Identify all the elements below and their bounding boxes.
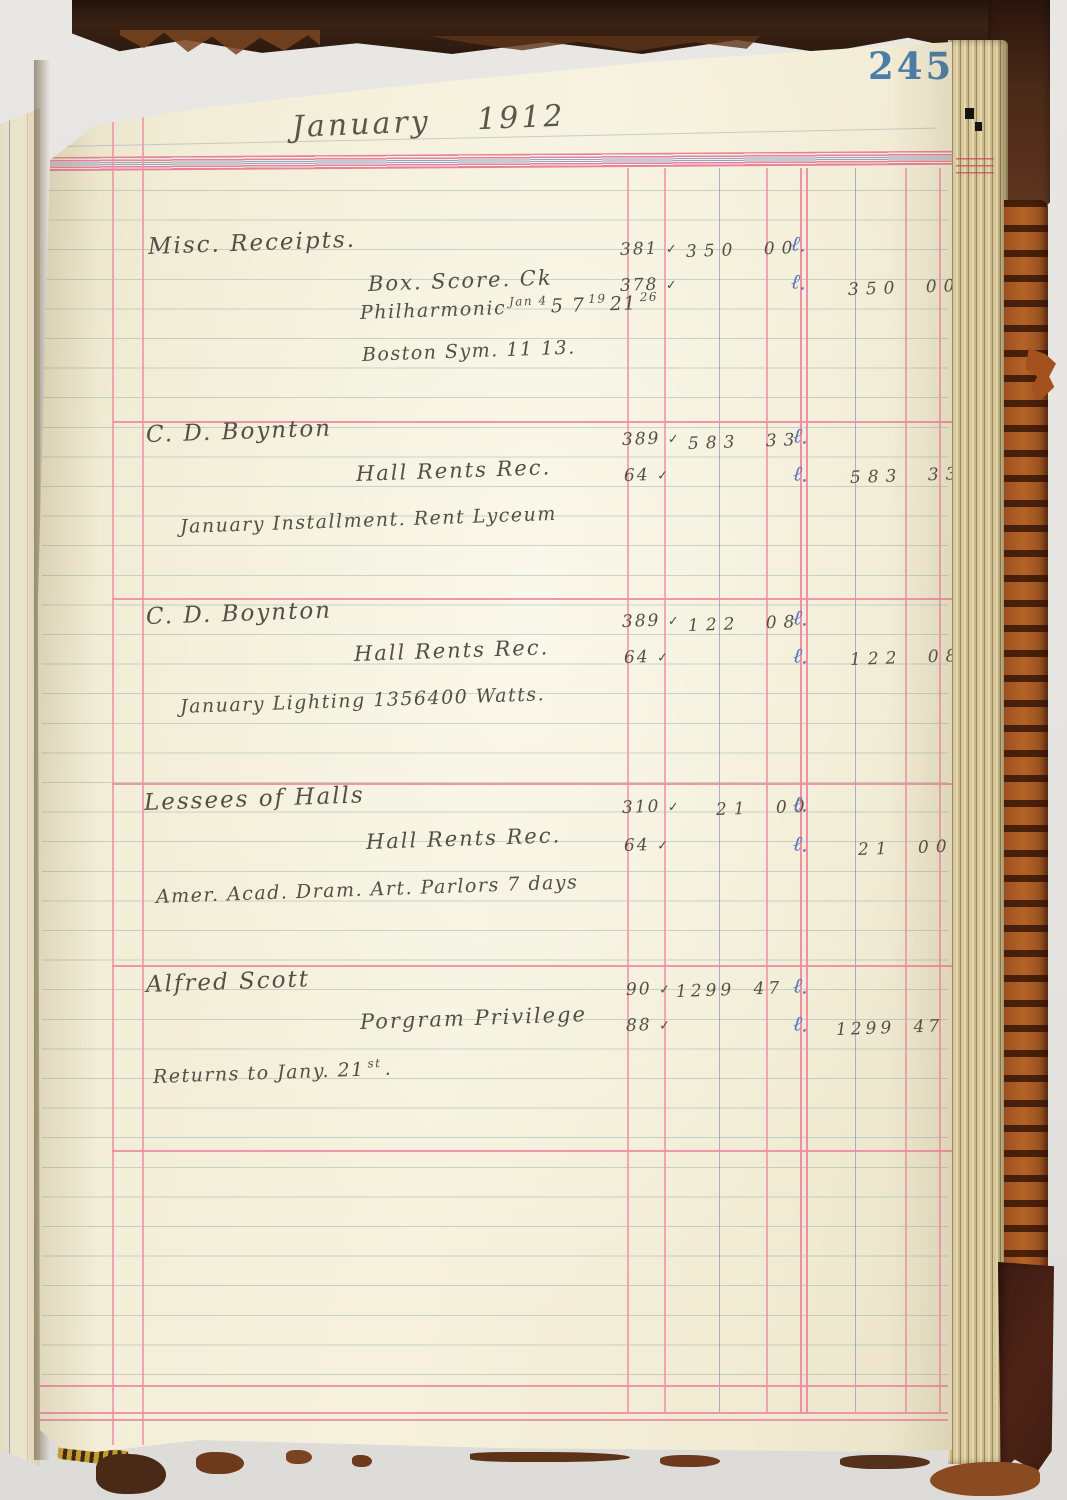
folio-credit: 64 ✓	[624, 834, 671, 856]
page-stack-edge	[948, 40, 1008, 1464]
blue-tick-icon: ℓ.	[792, 461, 810, 487]
blue-tick-icon: ℓ.	[792, 791, 810, 817]
folio-credit: 64 ✓	[624, 646, 671, 668]
page-title: January 1912	[291, 99, 566, 145]
folio-credit: 88 ✓	[626, 1014, 673, 1036]
folio-credit: 64 ✓	[624, 464, 671, 486]
leather-crumb	[660, 1455, 720, 1467]
amount-credit: 122 08	[850, 646, 964, 670]
folio-debit: 381 ✓	[620, 238, 679, 260]
blue-tick-icon: ℓ.	[792, 1011, 810, 1037]
check-mark-icon: ✓	[668, 432, 681, 447]
leather-crumb	[470, 1452, 630, 1462]
leather-crumb	[196, 1452, 244, 1474]
check-mark-icon: ✓	[666, 278, 679, 293]
blue-tick-icon: ℓ.	[792, 605, 810, 631]
column-rule-blue	[855, 168, 856, 1413]
check-mark-icon: ✓	[668, 800, 681, 815]
leather-crumb	[840, 1455, 930, 1469]
column-rule	[800, 168, 802, 1413]
margin-rule	[142, 80, 144, 1445]
amount-debit: 350 00	[686, 238, 800, 262]
blue-tick-icon: ℓ.	[792, 643, 810, 669]
amount-credit: 350 00	[848, 276, 962, 300]
leather-crumb	[96, 1454, 166, 1494]
check-mark-icon: ✓	[666, 242, 679, 257]
check-mark-icon: ✓	[657, 838, 670, 853]
leather-crumb	[286, 1450, 312, 1464]
red-edge-marks	[956, 158, 994, 178]
leather-crumb	[930, 1462, 1040, 1496]
header-ruling-band	[36, 151, 952, 171]
footer-rule	[40, 1412, 948, 1414]
check-mark-icon: ✓	[659, 1018, 672, 1033]
check-mark-icon: ✓	[657, 468, 670, 483]
page-number: 245	[868, 44, 954, 88]
blue-tick-icon: ℓ.	[790, 231, 808, 257]
check-mark-icon: ✓	[659, 982, 672, 997]
blue-tick-icon: ℓ.	[792, 973, 810, 999]
amount-debit: 1299 47	[676, 978, 784, 1002]
ledger-book-photo: 245 January 1912 Misc. Receipts. 381 ✓ 3…	[0, 0, 1067, 1500]
folio-debit: 389 ✓	[622, 428, 681, 450]
ink-mark	[963, 106, 985, 136]
blue-tick-icon: ℓ.	[792, 831, 810, 857]
column-rule-blue	[719, 168, 720, 1413]
amount-debit: 583 33	[688, 430, 802, 454]
column-rule	[806, 168, 808, 1413]
amount-credit: 583 33	[850, 464, 964, 488]
entry-separator	[112, 1150, 954, 1152]
folio-debit: 389 ✓	[622, 610, 681, 632]
column-rule	[905, 168, 907, 1413]
check-mark-icon: ✓	[657, 650, 670, 665]
footer-rule	[40, 1419, 948, 1421]
blue-tick-icon: ℓ.	[792, 423, 810, 449]
column-rule	[766, 168, 768, 1413]
amount-credit: 1299 47	[836, 1016, 944, 1040]
folio-debit: 310 ✓	[622, 796, 681, 818]
facing-page-pink-rule	[27, 108, 28, 1466]
entry-separator	[112, 783, 954, 785]
amount-debit: 122 08	[688, 612, 802, 636]
footer-rule	[40, 1385, 948, 1387]
blue-tick-icon: ℓ.	[790, 269, 808, 295]
leather-cover-bottom-right	[998, 1262, 1054, 1472]
entry-separator	[112, 965, 954, 967]
column-rule	[627, 168, 629, 1413]
amount-credit: 21 00	[858, 837, 954, 860]
entry-separator	[112, 598, 954, 600]
ledger-page: 245 January 1912 Misc. Receipts. 381 ✓ 3…	[36, 40, 952, 1452]
folio-debit: 90 ✓	[626, 978, 673, 1000]
column-rule	[664, 168, 666, 1413]
leather-crumb	[352, 1455, 372, 1467]
margin-rule	[112, 80, 114, 1445]
facing-page-blue-rule	[9, 108, 10, 1466]
column-rule	[939, 168, 941, 1413]
check-mark-icon: ✓	[668, 614, 681, 629]
